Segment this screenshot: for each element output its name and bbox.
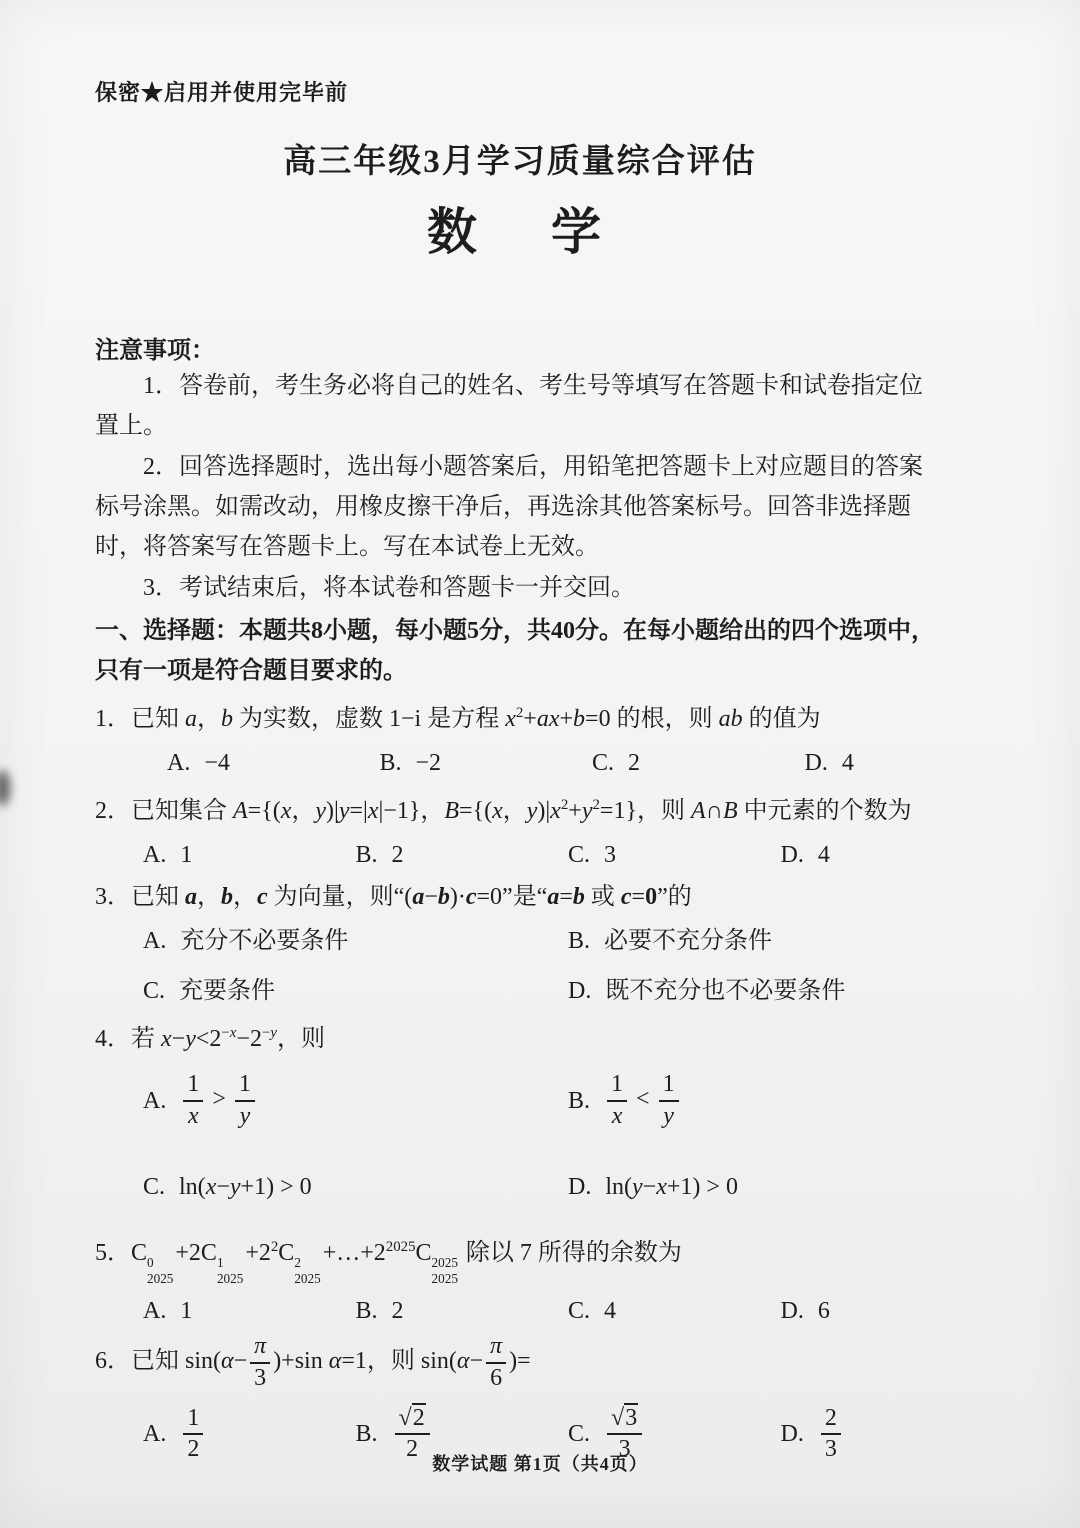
option-label: D. [781,1291,804,1331]
option-label: A. [143,921,166,961]
note-item-3: 3．考试结束后，将本试卷和答题卡一并交回。 [95,568,945,608]
option-value: 6 [818,1291,830,1331]
question-2: 2．已知集合 A={(x，y)|y=|x|−1}，B={(x，y)|x2+y2=… [95,785,945,875]
option-value: 1 [180,1291,192,1331]
option-value: 2 [392,835,404,875]
option-label: A. [143,1414,166,1454]
page-footer: 数学试题 第1页（共4页） [0,1450,1080,1476]
option-value: 4 [842,743,854,783]
option-label: A. [143,835,166,875]
question-1: 1．已知 a，b 为实数，虚数 1−i 是方程 x2+ax+b=0 的根，则 a… [95,693,945,783]
option-label: D. [781,835,804,875]
option-label: B. [568,921,590,961]
question-1-option-a: A.−4 [95,743,308,783]
notes-heading: 注意事项： [95,330,945,365]
option-label: D. [568,1167,591,1207]
question-3-option-c: C.充要条件 [95,971,520,1011]
security-notice: 保密★启用并使用完毕前 [95,76,945,107]
question-3: 3．已知 a，b，c 为向量，则“(a−b)·c=0”是“a=b 或 c=0”的… [95,877,945,1011]
option-label: C. [143,971,165,1011]
option-label: B. [568,1081,590,1121]
question-1-option-b: B.−2 [308,743,521,783]
option-value: ln(x−y+1) > 0 [179,1167,312,1207]
question-3-options: A.充分不必要条件 B.必要不充分条件 C.充要条件 D.既不充分也不必要条件 [95,921,945,1011]
option-value: ln(y−x+1) > 0 [605,1167,738,1207]
section-1-heading: 一、选择题：本题共8小题，每小题5分，共40分。在每小题给出的四个选项中，只有一… [95,611,945,691]
option-label: B. [356,1414,378,1454]
question-3-stem: 3．已知 a，b，c 为向量，则“(a−b)·c=0”是“a=b 或 c=0”的 [95,877,945,917]
question-2-option-c: C.3 [520,835,733,875]
question-4-stem: 4．若 x−y<2−x−2−y，则 [95,1013,945,1059]
question-1-option-d: D.4 [733,743,946,783]
question-5-option-a: A.1 [95,1291,308,1331]
option-value: −4 [204,743,230,783]
option-label: D. [568,971,591,1011]
option-value: 既不充分也不必要条件 [605,971,845,1011]
question-2-stem: 2．已知集合 A={(x，y)|y=|x|−1}，B={(x，y)|x2+y2=… [95,785,945,831]
question-4-option-a: A.1x > 1y [95,1063,520,1139]
option-value: 1x < 1y [604,1071,682,1130]
question-3-option-a: A.充分不必要条件 [95,921,520,961]
option-value: 必要不充分条件 [604,921,772,961]
option-label: B. [356,835,378,875]
question-5-options: A.1 B.2 C.4 D.6 [95,1291,945,1331]
option-label: C. [568,835,590,875]
option-label: C. [568,1414,590,1454]
option-value: −2 [416,743,442,783]
exam-title: 高三年级3月学习质量综合评估 [95,135,945,182]
question-4-option-b: B.1x < 1y [520,1063,945,1139]
option-label: A. [143,1291,166,1331]
notes-section: 注意事项： 1．答卷前，考生务必将自己的姓名、考生号等填写在答题卡和试卷指定位置… [95,330,945,608]
option-label: D. [781,1414,804,1454]
option-value: 4 [604,1291,616,1331]
question-6-stem: 6．已知 sin(α−π3)+sin α=1，则 sin(α−π6)= [95,1333,945,1392]
option-label: A. [167,743,190,783]
question-4-options: A.1x > 1y B.1x < 1y C.ln(x−y+1) > 0 D.ln… [95,1063,945,1225]
option-label: A. [143,1081,166,1121]
note-item-2: 2．回答选择题时，选出每小题答案后，用铅笔把答题卡上对应题目的答案标号涂黑。如需… [95,447,945,567]
option-value: 充分不必要条件 [180,921,348,961]
question-2-options: A.1 B.2 C.3 D.4 [95,835,945,875]
question-5-stem: 5．C02025+2C12025+22C22025+…+22025C202520… [95,1227,945,1287]
question-1-stem: 1．已知 a，b 为实数，虚数 1−i 是方程 x2+ax+b=0 的根，则 a… [95,693,945,739]
question-3-option-d: D.既不充分也不必要条件 [520,971,945,1011]
question-2-option-b: B.2 [308,835,521,875]
question-5: 5．C02025+2C12025+22C22025+…+22025C202520… [95,1227,945,1331]
option-value: 1 [180,835,192,875]
question-3-option-b: B.必要不充分条件 [520,921,945,961]
question-4: 4．若 x−y<2−x−2−y，则 A.1x > 1y B.1x < 1y C.… [95,1013,945,1225]
option-label: B. [380,743,402,783]
question-4-option-d: D.ln(y−x+1) > 0 [520,1149,945,1225]
option-label: C. [143,1167,165,1207]
option-value: 1x > 1y [180,1071,258,1130]
option-label: C. [568,1291,590,1331]
question-5-option-b: B.2 [308,1291,521,1331]
question-1-option-c: C.2 [520,743,733,783]
option-label: C. [592,743,614,783]
option-label: B. [356,1291,378,1331]
question-4-option-c: C.ln(x−y+1) > 0 [95,1149,520,1225]
question-2-option-d: D.4 [733,835,946,875]
question-1-options: A.−4 B.−2 C.2 D.4 [95,743,945,783]
option-value: 2 [628,743,640,783]
scan-artifact [0,770,10,806]
note-item-1: 1．答卷前，考生务必将自己的姓名、考生号等填写在答题卡和试卷指定位置上。 [95,366,945,446]
page-content: 保密★启用并使用完毕前 高三年级3月学习质量综合评估 数 学 注意事项： 1．答… [95,0,945,1472]
option-value: 4 [818,835,830,875]
option-value: 3 [604,835,616,875]
subject-title: 数 学 [95,192,945,264]
question-2-option-a: A.1 [95,835,308,875]
option-value: 充要条件 [179,971,275,1011]
option-value: 2 [392,1291,404,1331]
exam-paper-page: 保密★启用并使用完毕前 高三年级3月学习质量综合评估 数 学 注意事项： 1．答… [0,0,1080,1528]
option-label: D. [805,743,828,783]
question-5-option-c: C.4 [520,1291,733,1331]
question-5-option-d: D.6 [733,1291,946,1331]
